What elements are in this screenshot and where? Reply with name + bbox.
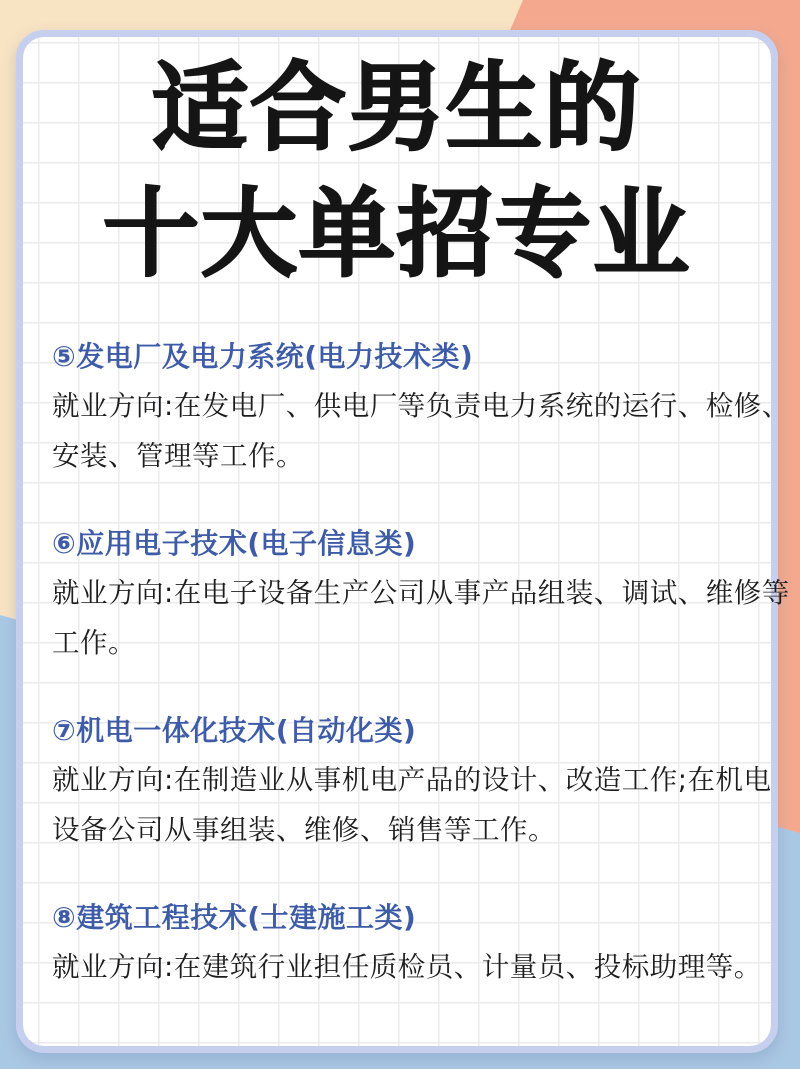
section-body-line: 工作。: [52, 618, 767, 668]
major-section-6: ⑥应用电子技术(电子信息类) 就业方向:在电子设备生产公司从事产品组装、调试、维…: [52, 524, 767, 668]
section-body: 就业方向:在电子设备生产公司从事产品组装、调试、维修等 工作。: [52, 568, 767, 668]
poster-title: 适合男生的 十大单招专业: [23, 45, 771, 297]
section-body-line: 就业方向:在电子设备生产公司从事产品组装、调试、维修等: [52, 568, 767, 618]
major-section-8: ⑧建筑工程技术(士建施工类) 就业方向:在建筑行业担任质检员、计量员、投标助理等…: [52, 898, 767, 992]
title-line-2: 十大单招专业: [23, 171, 771, 297]
section-body-line: 设备公司从事组装、维修、销售等工作。: [52, 805, 767, 855]
poster-canvas: 适合男生的 十大单招专业 ⑤发电厂及电力系统(电力技术类) 就业方向:在发电厂、…: [0, 0, 800, 1069]
notebook-card: 适合男生的 十大单招专业 ⑤发电厂及电力系统(电力技术类) 就业方向:在发电厂、…: [16, 30, 778, 1053]
section-heading: ⑦机电一体化技术(自动化类): [52, 711, 767, 751]
section-body-line: 就业方向:在发电厂、供电厂等负责电力系统的运行、检修、: [52, 381, 767, 431]
major-section-7: ⑦机电一体化技术(自动化类) 就业方向:在制造业从事机电产品的设计、改造工作;在…: [52, 711, 767, 855]
section-body-line: 就业方向:在建筑行业担任质检员、计量员、投标助理等。: [52, 942, 767, 992]
title-line-1: 适合男生的: [23, 45, 771, 171]
section-body: 就业方向:在建筑行业担任质检员、计量员、投标助理等。: [52, 942, 767, 992]
section-body: 就业方向:在制造业从事机电产品的设计、改造工作;在机电 设备公司从事组装、维修、…: [52, 755, 767, 855]
section-body: 就业方向:在发电厂、供电厂等负责电力系统的运行、检修、 安装、管理等工作。: [52, 381, 767, 481]
section-heading: ⑥应用电子技术(电子信息类): [52, 524, 767, 564]
section-body-line: 就业方向:在制造业从事机电产品的设计、改造工作;在机电: [52, 755, 767, 805]
major-section-5: ⑤发电厂及电力系统(电力技术类) 就业方向:在发电厂、供电厂等负责电力系统的运行…: [52, 337, 767, 481]
section-heading: ⑧建筑工程技术(士建施工类): [52, 898, 767, 938]
section-body-line: 安装、管理等工作。: [52, 431, 767, 481]
section-heading: ⑤发电厂及电力系统(电力技术类): [52, 337, 767, 377]
